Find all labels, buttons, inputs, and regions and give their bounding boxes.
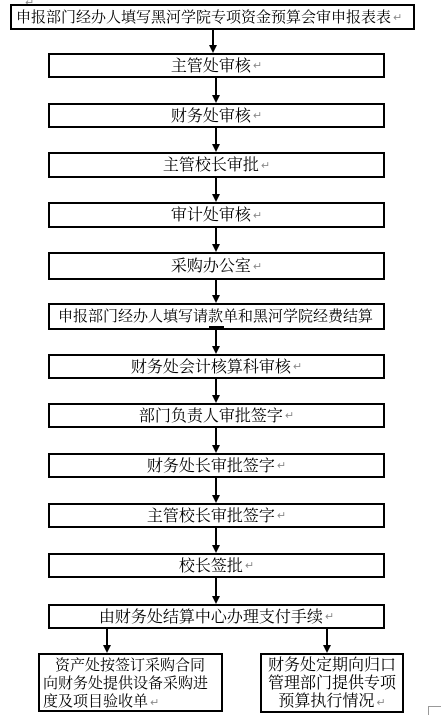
flow-arrow-down: [211, 228, 220, 252]
next-box-corner-fragment: [428, 706, 441, 715]
flow-arrow-down: [211, 478, 220, 503]
step-label-line: 度及项目验收单↵: [43, 692, 218, 710]
arrow-shaft: [215, 578, 217, 596]
step-label: 校长签批: [179, 558, 243, 574]
flow-arrow-down: [211, 128, 220, 152]
arrow-head-icon: [212, 144, 220, 152]
flow-arrow-down: [211, 379, 220, 403]
step-label-line: 预算执行情况↵: [265, 692, 399, 710]
arrow-shaft: [215, 280, 217, 295]
arrow-shaft: [326, 629, 328, 645]
step-box-finance-director-sign: 财务处长审批签字↵: [48, 453, 385, 478]
step-box-finance-report-status: 财务处定期向归口 管理部门提供专项 预算执行情况↵: [260, 653, 404, 713]
arrow-shaft: [215, 379, 217, 395]
arrow-head-icon: [209, 45, 217, 53]
paragraph-mark: ↵: [253, 60, 262, 71]
arrow-shaft: [215, 528, 217, 545]
arrow-head-icon: [212, 495, 220, 503]
flow-arrow-down: [211, 330, 220, 354]
flow-arrow-down: [208, 30, 217, 53]
flow-arrow-down: [211, 578, 220, 604]
step-box-finance-review: 财务处审核↵: [48, 103, 385, 128]
paragraph-mark: ↵: [325, 611, 334, 622]
step-label: 部门负责人审批签字: [139, 408, 283, 424]
step-label-line: 向财务处提供设备采购进: [43, 674, 218, 692]
arrow-head-icon: [323, 645, 331, 653]
arrow-head-icon: [212, 395, 220, 403]
arrow-head-icon: [212, 596, 220, 604]
step-box-audit-office-review: 审计处审核↵: [48, 202, 385, 228]
step-label: 财务处长审批签字: [147, 458, 275, 474]
paragraph-mark: ↵: [261, 160, 270, 171]
arrow-shaft: [212, 30, 214, 45]
arrow-head-icon: [212, 295, 220, 303]
step-box-assets-office-progress: 资产处按签订采购合同 向财务处提供设备采购进 度及项目验收单↵: [38, 653, 223, 712]
flow-arrow-down: [211, 528, 220, 553]
step-box-fill-application-form: 申报部门经办人填写黑河学院专项资金预算会审申报表表↵: [10, 4, 415, 30]
arrow-head-icon: [212, 95, 220, 103]
step-label: 主管校长审批: [163, 157, 259, 173]
arrow-head-icon: [212, 545, 220, 553]
flow-arrow-down: [211, 178, 220, 202]
arrow-shaft: [215, 128, 217, 144]
arrow-shaft: [106, 629, 108, 645]
flow-arrow-down-left-branch: [102, 629, 111, 653]
paragraph-mark: ↵: [245, 560, 254, 571]
step-label: 申报部门经办人填写请款单和黑河学院经费结算: [58, 309, 373, 324]
step-label-line: 资产处按签订采购合同: [43, 656, 218, 674]
step-label: 采购办公室: [171, 258, 251, 274]
arrow-head-icon: [212, 194, 220, 202]
flow-arrow-down-right-branch: [322, 629, 331, 653]
paragraph-mark: ↵: [277, 510, 286, 521]
step-label: 由财务处结算中心办理支付手续: [99, 609, 323, 625]
arrow-shaft: [215, 78, 217, 95]
paragraph-mark: ↵: [253, 261, 262, 272]
arrow-shaft: [215, 478, 217, 495]
step-label: 财务处审核: [171, 108, 251, 124]
flow-arrow-down: [211, 428, 220, 453]
step-label-line: 管理部门提供专项: [265, 674, 399, 692]
step-label: 主管校长审批签字: [147, 508, 275, 524]
arrow-shaft: [215, 428, 217, 445]
paragraph-mark: ↵: [376, 696, 385, 709]
paragraph-mark: ↵: [277, 460, 286, 471]
step-box-settlement-center-payment: 由财务处结算中心办理支付手续↵: [48, 604, 385, 629]
arrow-shaft: [215, 330, 217, 346]
step-label: 申报部门经办人填写黑河学院专项资金预算会审申报表表: [16, 10, 391, 25]
step-box-accounting-section-review: 财务处会计核算科审核↵: [48, 354, 385, 379]
flow-arrow-down: [211, 280, 220, 303]
step-label: 主管处审核: [171, 58, 251, 74]
step-box-vice-president-sign: 主管校长审批签字↵: [48, 503, 385, 528]
paragraph-mark: ↵: [150, 696, 159, 709]
step-box-president-sign: 校长签批↵: [48, 553, 385, 578]
flow-arrow-down: [211, 78, 220, 103]
step-label-line: 财务处定期向归口: [265, 656, 399, 674]
paragraph-mark: ↵: [253, 210, 262, 221]
paragraph-mark: ↵: [293, 361, 302, 372]
step-label: 审计处审核: [171, 207, 251, 223]
arrow-shaft: [215, 178, 217, 194]
arrow-head-icon: [212, 244, 220, 252]
step-box-dept-office-review: 主管处审核↵: [48, 53, 385, 78]
arrow-head-icon: [212, 346, 220, 354]
arrow-shaft: [215, 228, 217, 244]
paragraph-mark: ↵: [393, 12, 402, 23]
step-box-vice-president-approval: 主管校长审批↵: [48, 152, 385, 178]
paragraph-mark: ↵: [253, 110, 262, 121]
arrow-head-icon: [212, 445, 220, 453]
paragraph-mark: ↵: [285, 410, 294, 421]
step-box-procurement-office: 采购办公室↵: [48, 252, 385, 280]
step-box-dept-head-sign: 部门负责人审批签字↵: [48, 403, 385, 428]
proofing-underline: [209, 326, 224, 328]
arrow-head-icon: [103, 645, 111, 653]
flowchart-canvas: ↵ 申报部门经办人填写黑河学院专项资金预算会审申报表表↵ 主管处审核↵ 财务处审…: [0, 0, 441, 715]
step-label: 财务处会计核算科审核: [131, 359, 291, 375]
